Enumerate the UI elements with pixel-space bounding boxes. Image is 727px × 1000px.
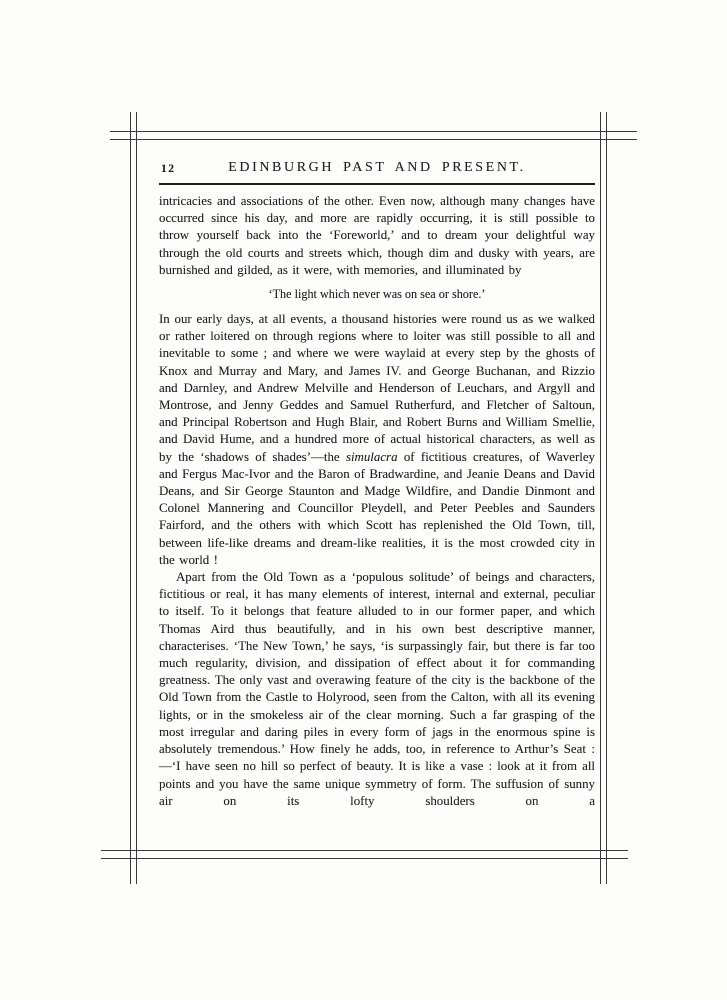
italic-text: simulacra	[346, 450, 398, 464]
frame-rule-top	[110, 131, 637, 140]
page-number: 12	[161, 163, 176, 175]
frame-rule-left	[130, 112, 137, 884]
text-segment: intricacies and associations of the othe…	[159, 194, 595, 277]
scanned-book-page: { "page": { "number": "12", "title": "ED…	[0, 0, 727, 1000]
running-title: EDINBURGH PAST AND PRESENT.	[159, 159, 595, 177]
text-segment: Apart from the Old Town as a ‘populous s…	[159, 570, 595, 808]
paragraph: Apart from the Old Town as a ‘populous s…	[159, 569, 595, 810]
verse-quote: ‘The light which never was on sea or sho…	[159, 286, 595, 302]
text-segment: of fictitious creatures, of Waverley and…	[159, 450, 595, 567]
frame-rule-right	[600, 112, 607, 884]
paragraph: In our early days, at all events, a thou…	[159, 311, 595, 569]
running-head: 12 EDINBURGH PAST AND PRESENT.	[159, 159, 595, 181]
header-rule	[159, 183, 595, 185]
frame-rule-bottom	[101, 850, 628, 859]
text-segment: In our early days, at all events, a thou…	[159, 312, 595, 464]
text-segment: ‘The light which never was on sea or sho…	[269, 287, 486, 301]
page-body: intricacies and associations of the othe…	[159, 193, 595, 810]
paragraph: intricacies and associations of the othe…	[159, 193, 595, 279]
